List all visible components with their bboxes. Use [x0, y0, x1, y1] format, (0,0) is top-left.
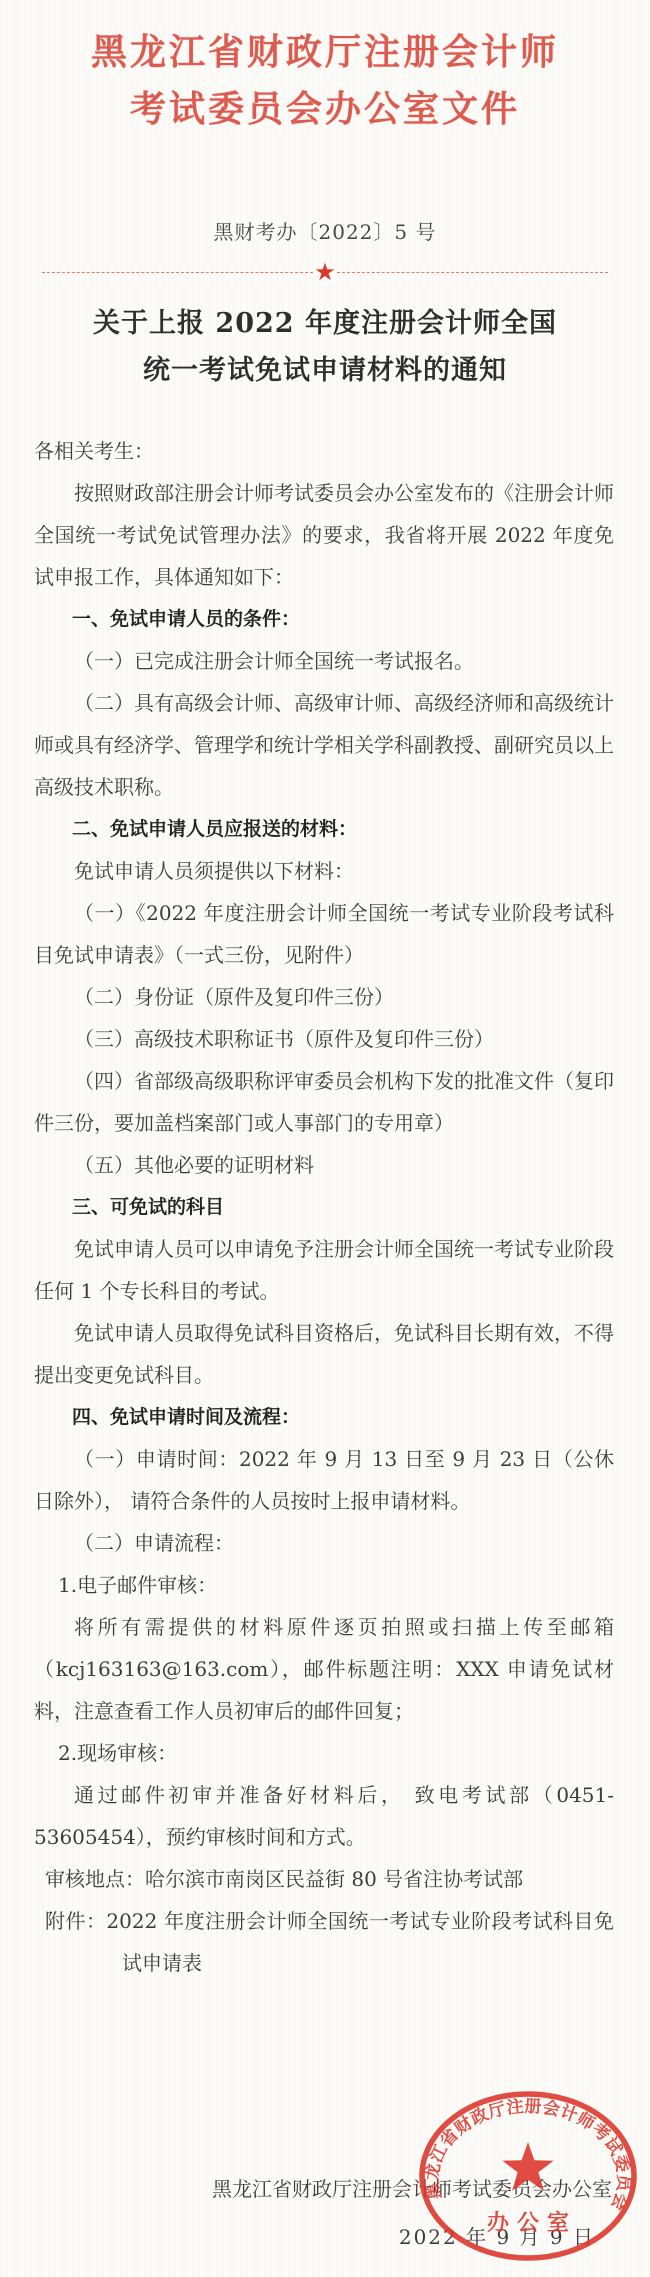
body-paragraph: 将所有需提供的材料原件逐页拍照或扫描上传至邮箱（kcj163163@163.co…	[34, 1606, 614, 1732]
body-paragraph: 四、免试申请时间及流程：	[34, 1396, 614, 1438]
document-page: 黑龙江省财政厅注册会计师 考试委员会办公室文件 黑财考办〔2022〕5 号 ★ …	[0, 0, 650, 2277]
title-line1: 关于上报 2022 年度注册会计师全国	[93, 308, 557, 339]
issuing-org-line1: 黑龙江省财政厅注册会计师	[0, 24, 650, 81]
body-paragraph: 附件：2022 年度注册会计师全国统一考试专业阶段考试科目免试申请表	[34, 1900, 614, 1984]
body-paragraph: 三、可免试的科目	[34, 1186, 614, 1228]
body-paragraph: 二、免试申请人员应报送的材料：	[34, 808, 614, 850]
body-paragraph: 免试申请人员取得免试科目资格后，免试科目长期有效，不得提出变更免试科目。	[34, 1312, 614, 1396]
letterhead: 黑龙江省财政厅注册会计师 考试委员会办公室文件	[0, 0, 650, 138]
body-paragraph: （一）申请时间：2022 年 9 月 13 日至 9 月 23 日（公休日除外）…	[34, 1438, 614, 1522]
document-number: 黑财考办〔2022〕5 号	[0, 218, 650, 246]
body-paragraph: 审核地点：哈尔滨市南岗区民益街 80 号省注协考试部	[34, 1858, 614, 1900]
body-paragraph: （四）省部级高级职称评审委员会机构下发的批准文件（复印件三份，要加盖档案部门或人…	[34, 1060, 614, 1144]
body-paragraph: 1.电子邮件审核：	[34, 1564, 614, 1606]
body-paragraph: （五）其他必要的证明材料	[34, 1144, 614, 1186]
star-icon: ★	[314, 260, 336, 284]
body-paragraph: （一）已完成注册会计师全国统一考试报名。	[34, 640, 614, 682]
body-paragraph: （二）申请流程：	[34, 1522, 614, 1564]
signature-date: 2022 年 9 月 9 日	[0, 2216, 650, 2258]
issuing-org-line2: 考试委员会办公室文件	[0, 81, 650, 138]
divider-line-right	[337, 272, 608, 273]
body-paragraph: 按照财政部注册会计师考试委员会办公室发布的《注册会计师全国统一考试免试管理办法》…	[34, 472, 614, 598]
body-paragraph: 免试申请人员须提供以下材料：	[34, 850, 614, 892]
title-line2: 统一考试免试申请材料的通知	[143, 355, 507, 386]
document-body: 各相关考生： 按照财政部注册会计师考试委员会办公室发布的《注册会计师全国统一考试…	[0, 430, 650, 1984]
body-paragraph: （三）高级技术职称证书（原件及复印件三份）	[34, 1018, 614, 1060]
body-paragraph: 通过邮件初审并准备好材料后， 致电考试部（0451-53605454），预约审核…	[34, 1774, 614, 1858]
paragraph-container: 按照财政部注册会计师考试委员会办公室发布的《注册会计师全国统一考试免试管理办法》…	[34, 472, 614, 1984]
body-paragraph: （二）身份证（原件及复印件三份）	[34, 976, 614, 1018]
signature-org: 黑龙江省财政厅注册会计师考试委员会办公室	[0, 2168, 650, 2210]
header-divider: ★	[42, 260, 608, 284]
body-paragraph: （一）《2022 年度注册会计师全国统一考试专业阶段考试科目免试申请表》（一式三…	[34, 892, 614, 976]
body-paragraph: 2.现场审核：	[34, 1732, 614, 1774]
divider-line-left	[42, 272, 313, 273]
body-paragraph: 免试申请人员可以申请免予注册会计师全国统一考试专业阶段任何 1 个专长科目的考试…	[34, 1228, 614, 1312]
salutation: 各相关考生：	[34, 430, 614, 472]
document-title: 关于上报 2022 年度注册会计师全国 统一考试免试申请材料的通知	[0, 300, 650, 394]
body-paragraph: 一、免试申请人员的条件：	[34, 598, 614, 640]
body-paragraph: （二）具有高级会计师、高级审计师、高级经济师和高级统计师或具有经济学、管理学和统…	[34, 682, 614, 808]
signature-block: 黑龙江省财政厅注册会计师考试委员会办公室 2022 年 9 月 9 日	[0, 2168, 650, 2258]
